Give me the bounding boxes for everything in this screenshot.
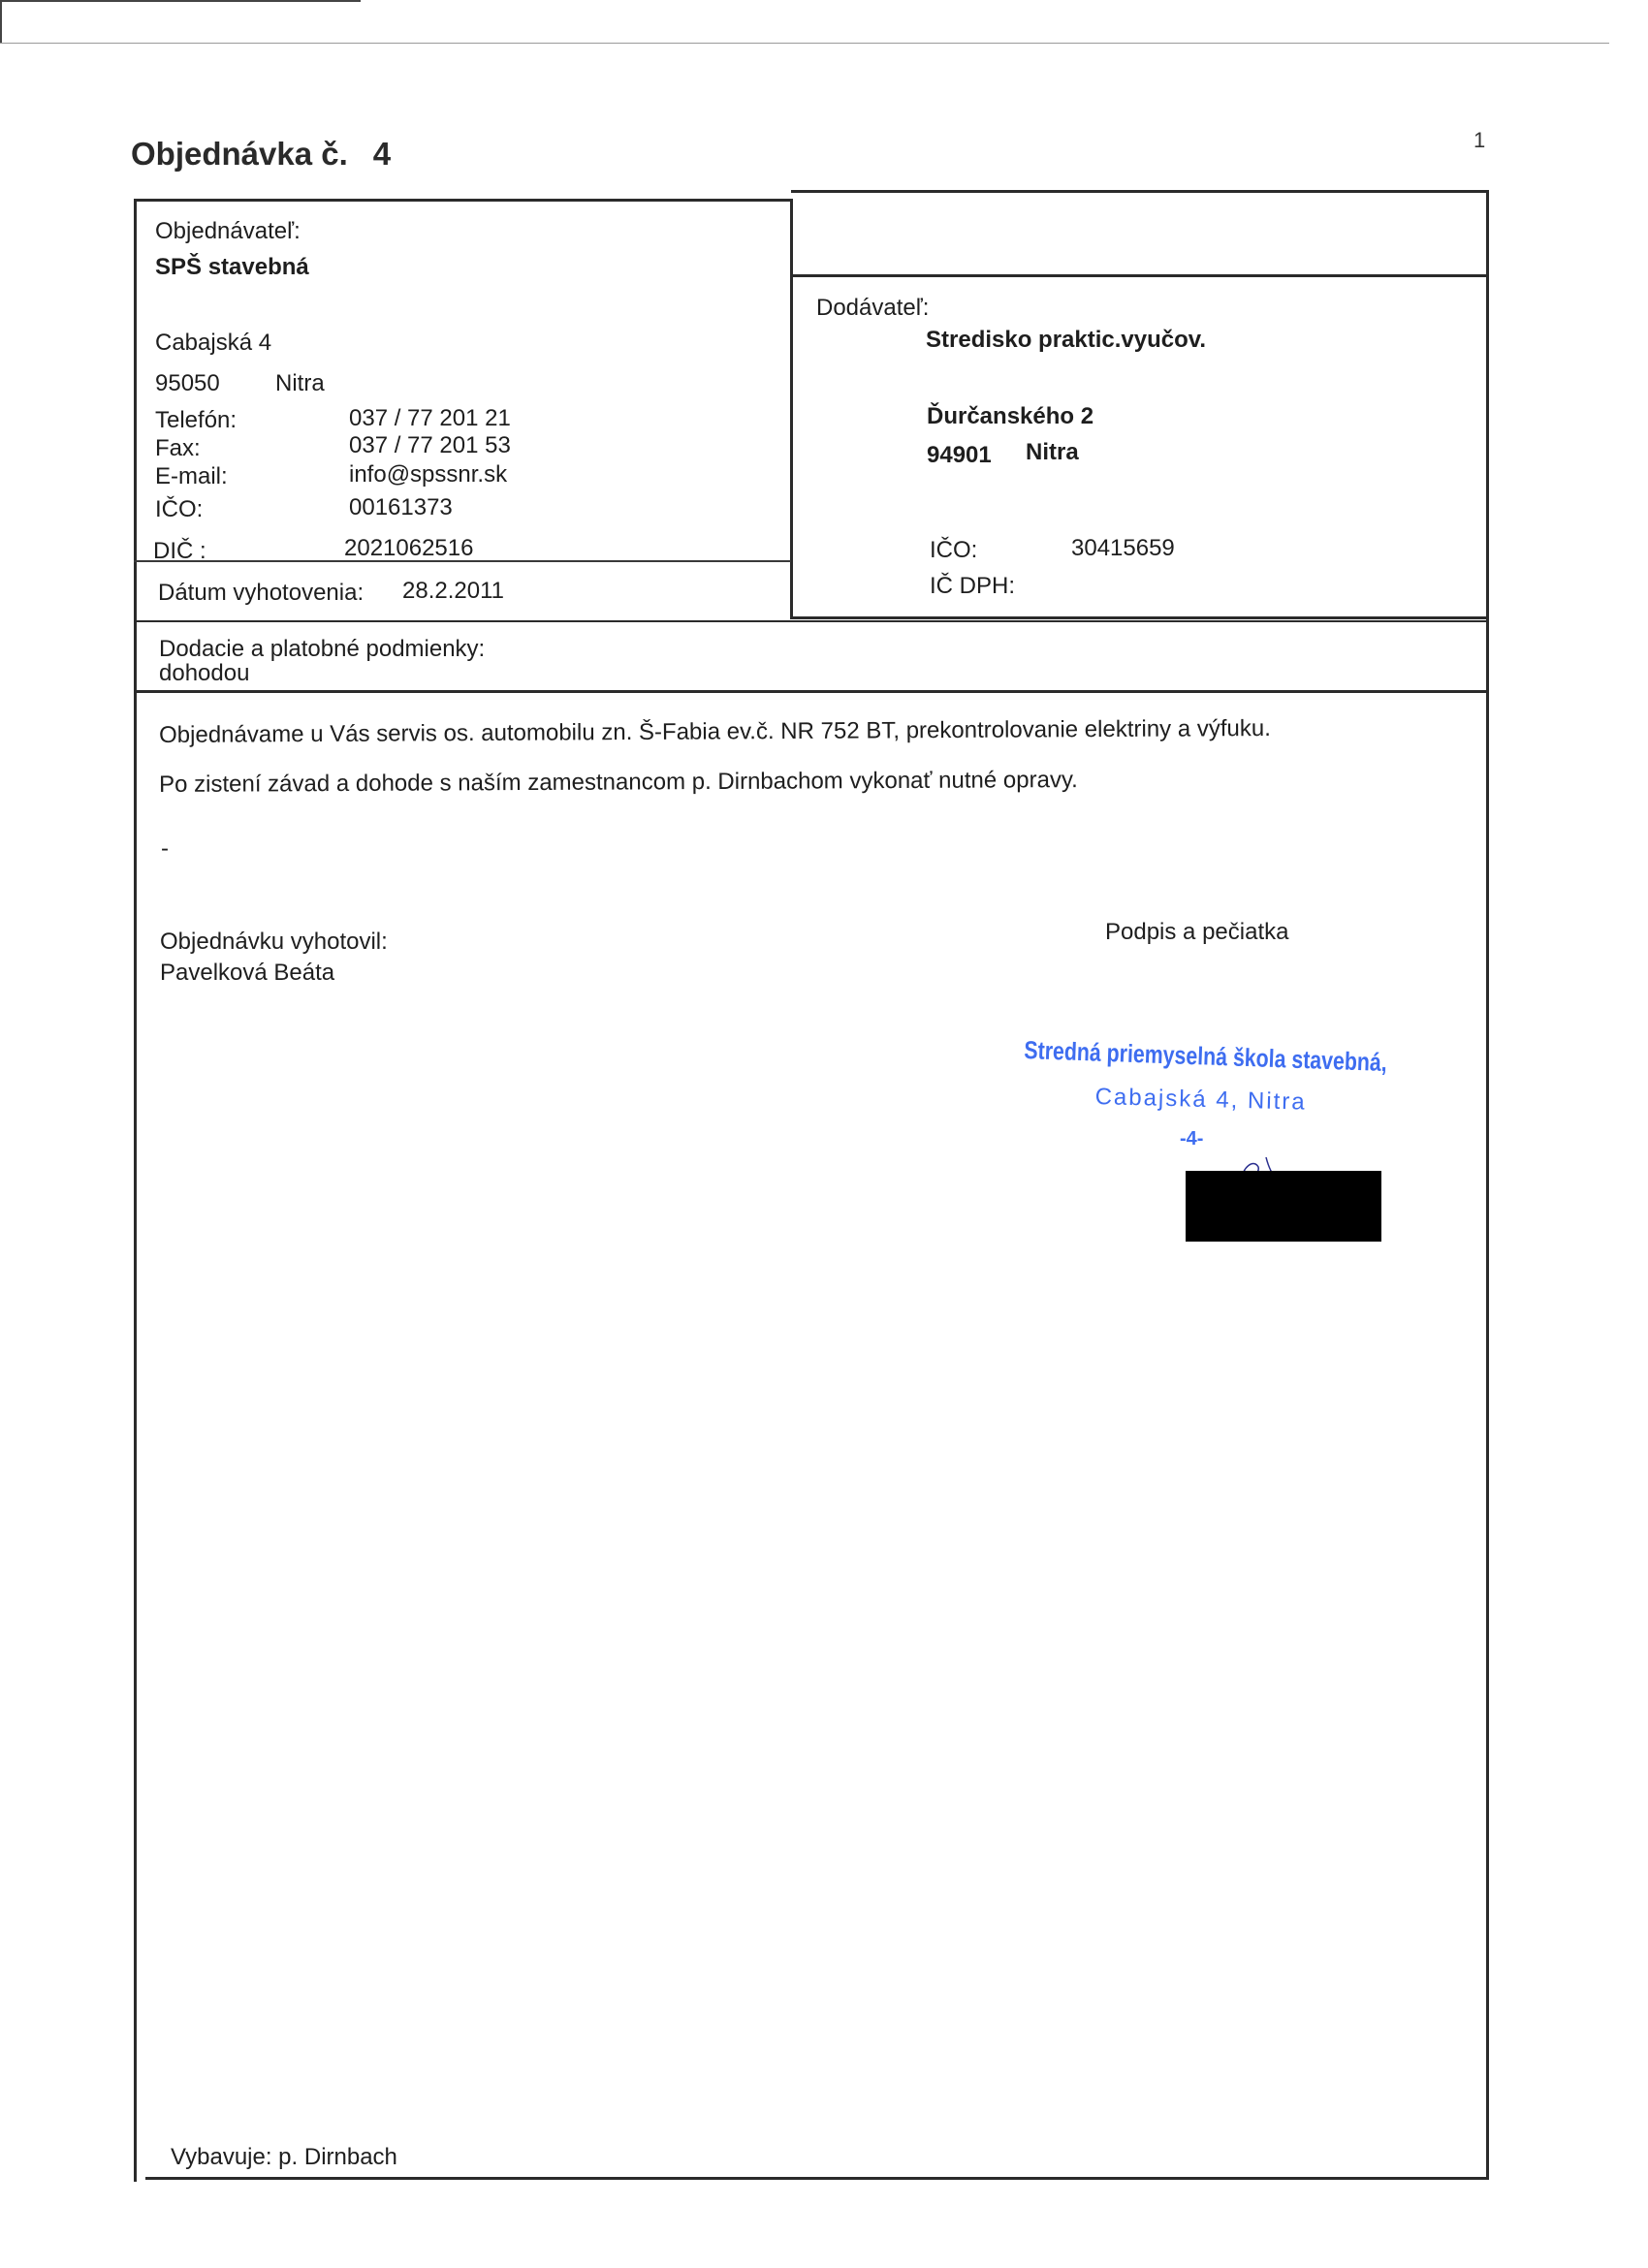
order-line-2: Po zistení závad a dohode s naším zamest… <box>159 767 1078 799</box>
order-line-1: Objednávame u Vás servis os. automobilu … <box>159 715 1271 749</box>
supplier-box-top <box>790 274 1488 277</box>
supplier-label: Dodávateľ: <box>816 295 929 322</box>
orderer-street: Cabajská 4 <box>155 330 271 357</box>
dic-label: DIČ : <box>153 538 206 565</box>
frame-bottom <box>145 2177 1489 2180</box>
orderer-label: Objednávateľ: <box>155 218 301 245</box>
fax-value: 037 / 77 201 53 <box>349 432 511 459</box>
issue-date-value: 28.2.2011 <box>402 578 504 605</box>
stamp-line-2: Cabajská 4, Nitra <box>1094 1084 1307 1117</box>
handled-by: Vybavuje: p. Dirnbach <box>171 2144 397 2171</box>
stamp-line-3: -4- <box>1180 1128 1203 1150</box>
stamp-line-1: Stredná priemyselná škola stavebná, <box>1024 1035 1387 1078</box>
frame-right <box>1486 190 1489 2179</box>
column-divider <box>790 199 793 619</box>
title-text: Objednávka č. <box>131 136 348 172</box>
fax-label: Fax: <box>155 435 201 462</box>
supplier-box-bottom <box>790 616 1488 619</box>
ico-value: 00161373 <box>349 494 453 521</box>
prepared-by-name: Pavelková Beáta <box>160 960 334 987</box>
frame-top-left <box>134 199 793 202</box>
issue-date-label: Dátum vyhotovenia: <box>158 580 364 607</box>
dic-value: 2021062516 <box>344 535 473 562</box>
document-title: Objednávka č.4 <box>131 136 391 173</box>
header-bottom <box>134 620 1487 622</box>
supplier-postal-code: 94901 <box>927 442 992 469</box>
terms-label: Dodacie a platobné podmienky: <box>159 636 485 663</box>
email-label: E-mail: <box>155 463 228 490</box>
phone-label: Telefón: <box>155 407 237 434</box>
orderer-name: SPŠ stavebná <box>155 254 309 281</box>
supplier-name: Stredisko praktic.vyučov. <box>926 327 1206 354</box>
supplier-icdph-label: IČ DPH: <box>930 573 1015 600</box>
supplier-street: Ďurčanského 2 <box>927 403 1093 430</box>
scan-edge-line <box>0 43 1609 44</box>
scan-border <box>0 0 361 43</box>
supplier-city: Nitra <box>1026 439 1079 466</box>
terms-value: dohodou <box>159 660 249 687</box>
signature-label: Podpis a pečiatka <box>1105 919 1288 946</box>
order-line-3: - <box>161 835 169 863</box>
orderer-postal-code: 95050 <box>155 370 220 397</box>
terms-bottom <box>134 690 1487 693</box>
supplier-ico-label: IČO: <box>930 537 977 564</box>
ico-label: IČO: <box>155 496 203 523</box>
order-number: 4 <box>373 136 391 172</box>
frame-top-right <box>791 190 1489 193</box>
phone-value: 037 / 77 201 21 <box>349 405 511 432</box>
redaction-box <box>1186 1171 1381 1242</box>
prepared-by-label: Objednávku vyhotovil: <box>160 929 388 956</box>
orderer-city: Nitra <box>275 370 325 397</box>
supplier-ico-value: 30415659 <box>1071 535 1175 562</box>
frame-left <box>134 199 137 2182</box>
page-number: 1 <box>1474 128 1485 153</box>
email-value[interactable]: info@spssnr.sk <box>349 461 507 488</box>
